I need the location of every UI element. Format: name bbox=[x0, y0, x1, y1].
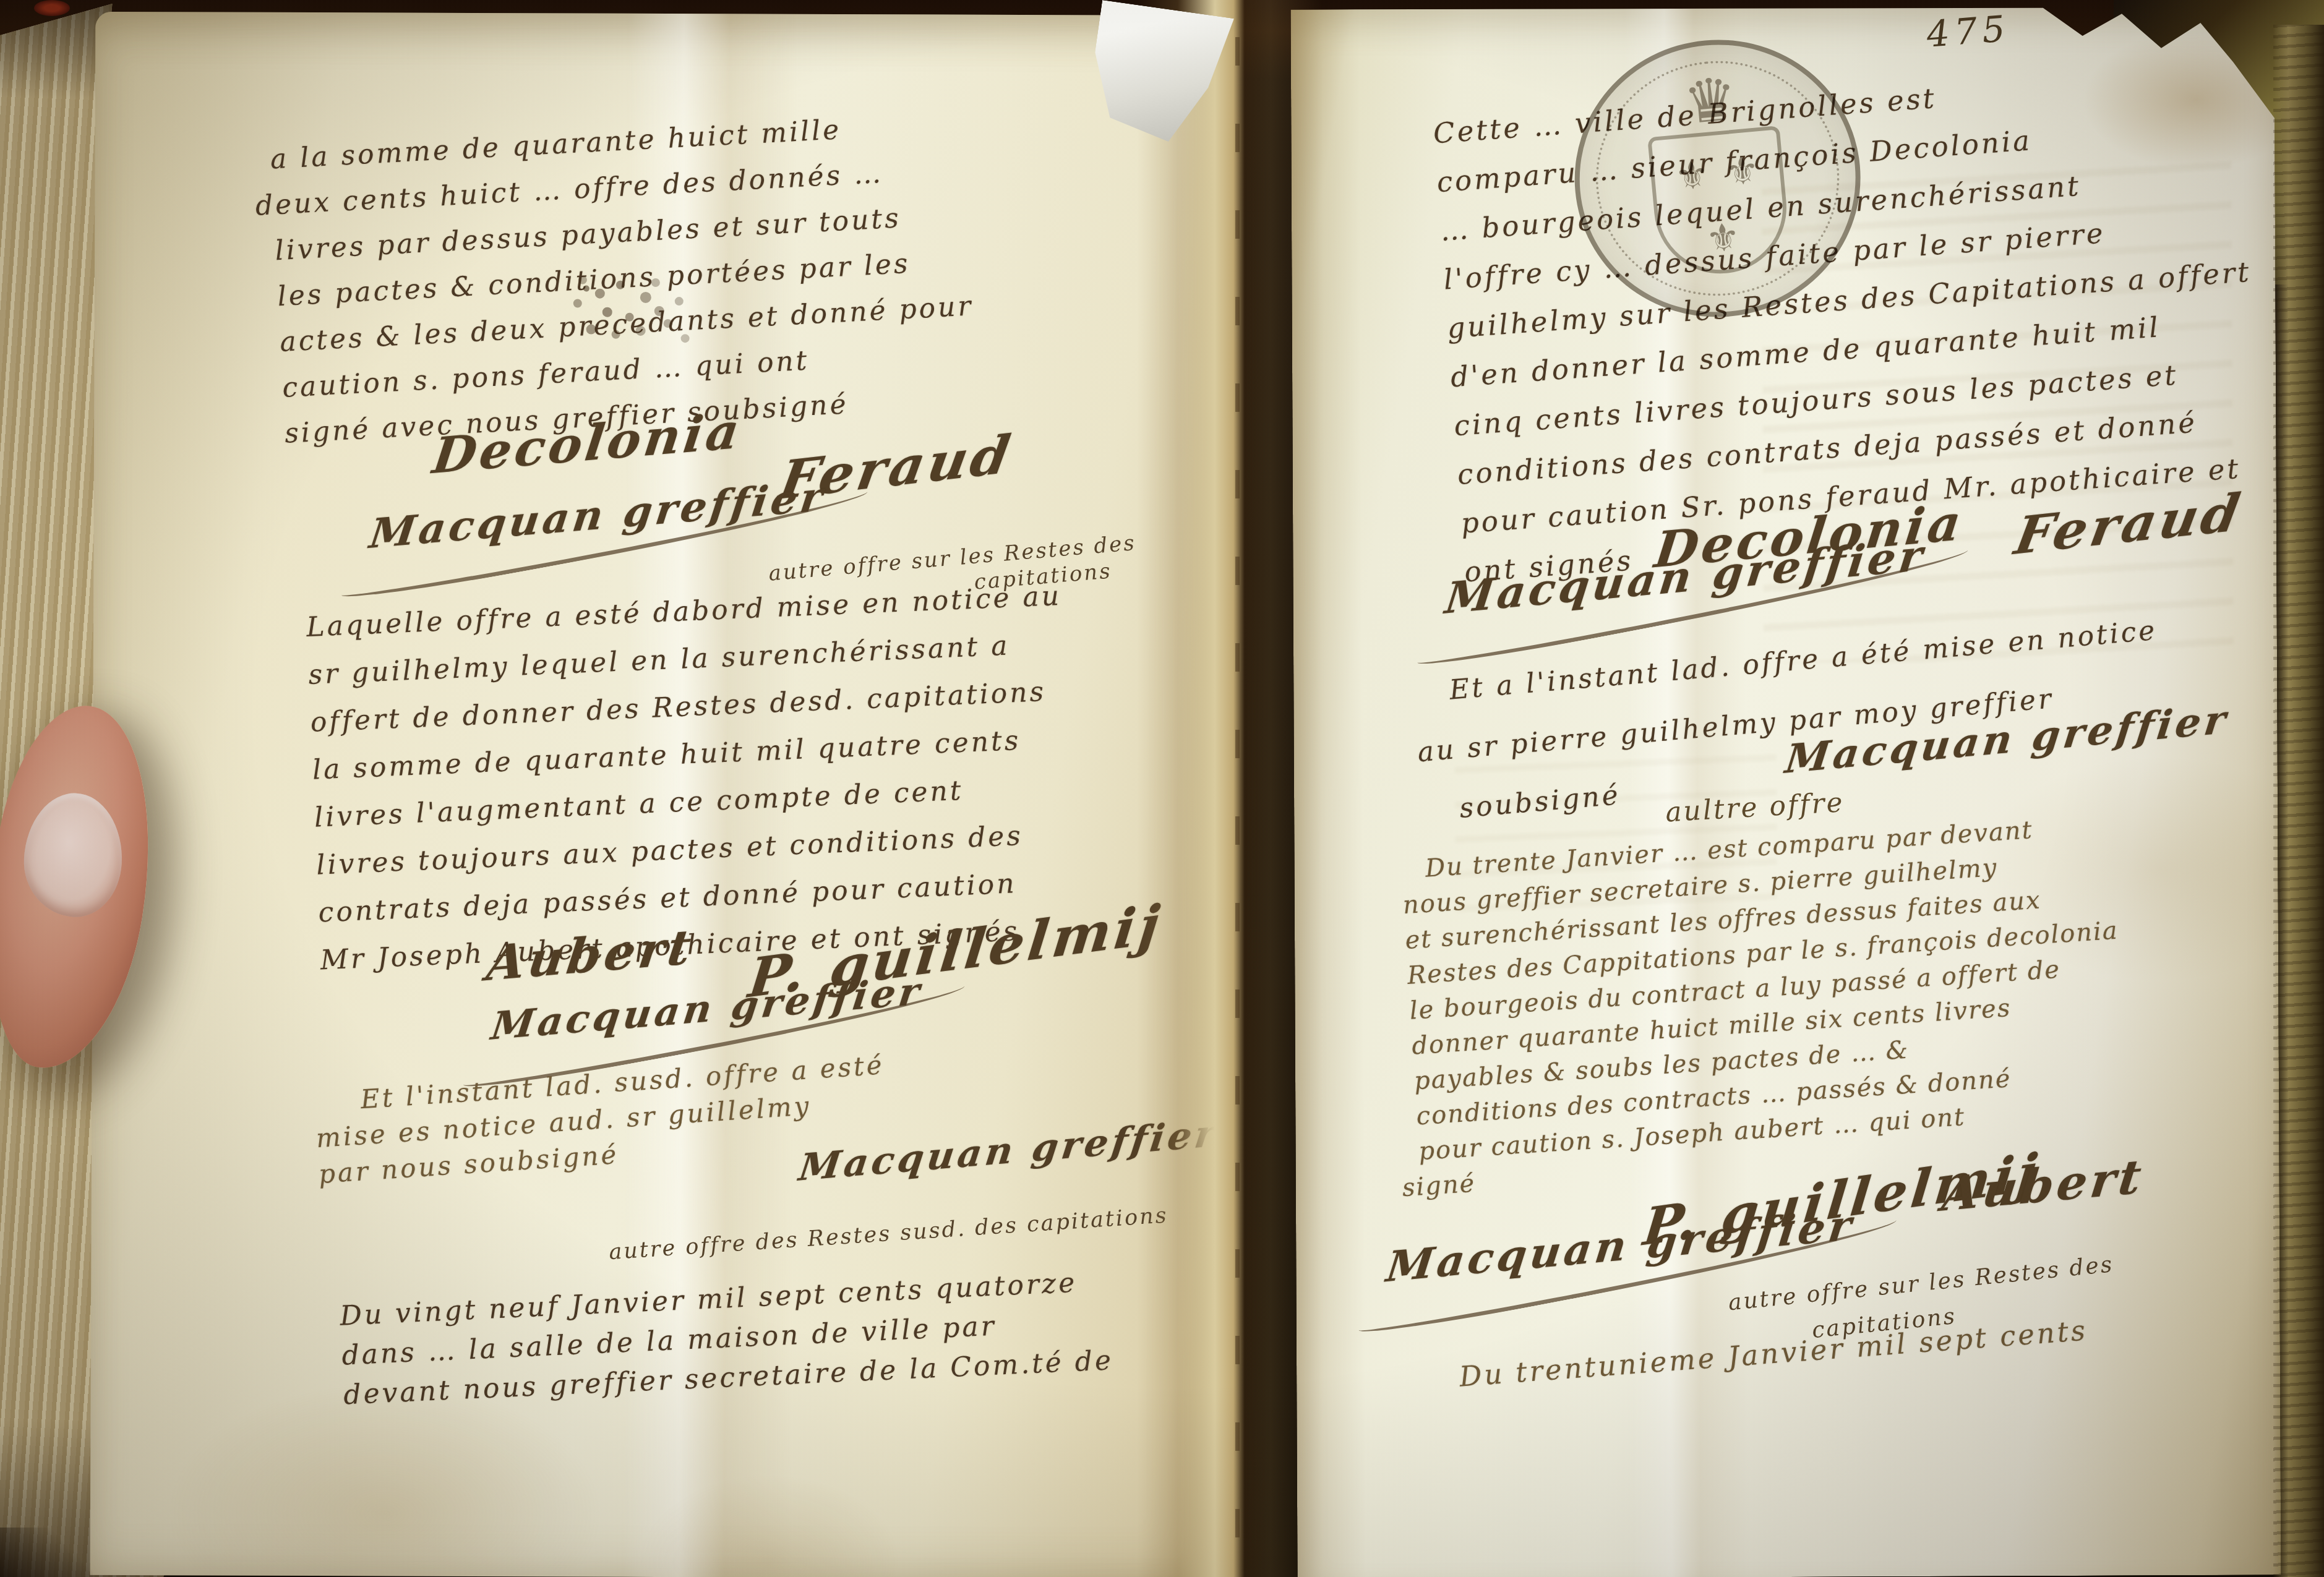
signature-macquan-greffier: Macquan greffier bbox=[1384, 1200, 1857, 1292]
fleur-de-lis-icon: ⚜ bbox=[1723, 151, 1761, 191]
lp-heading-autre-offre-2: autre offre des Restes susd. des capitat… bbox=[608, 1203, 1169, 1265]
right-page: 475 Cette … ville de Brignolles est comp… bbox=[1290, 6, 2281, 1577]
bottom-left-shadow bbox=[0, 1528, 93, 1577]
binding-red-fleck bbox=[34, 0, 70, 16]
lp-paragraph-1: a la somme de quarante huict mille deux … bbox=[269, 101, 979, 457]
fleur-de-lis-icon: ⚜ bbox=[1673, 155, 1711, 195]
manuscript-photo: a la somme de quarante huict mille deux … bbox=[0, 0, 2324, 1577]
left-page: a la somme de quarante huict mille deux … bbox=[90, 12, 1228, 1577]
book-gutter-binding bbox=[1137, 0, 1323, 1577]
thumbnail-fingernail bbox=[21, 790, 125, 919]
lp-paragraph-4: Du vingt neuf Janvier mil sept cents qua… bbox=[339, 1262, 1114, 1415]
signature-macquan-greffier: Macquan greffier bbox=[367, 472, 828, 557]
right-fore-edge-stack bbox=[2273, 25, 2324, 1577]
crown-icon: ♛ bbox=[1681, 64, 1740, 137]
page-number: 475 bbox=[1925, 7, 2011, 56]
coat-of-arms-shield: ⚜ ⚜ ⚜ bbox=[1647, 126, 1792, 280]
fleur-de-lis-icon: ⚜ bbox=[1659, 213, 1787, 262]
ink-splatter bbox=[583, 286, 590, 292]
